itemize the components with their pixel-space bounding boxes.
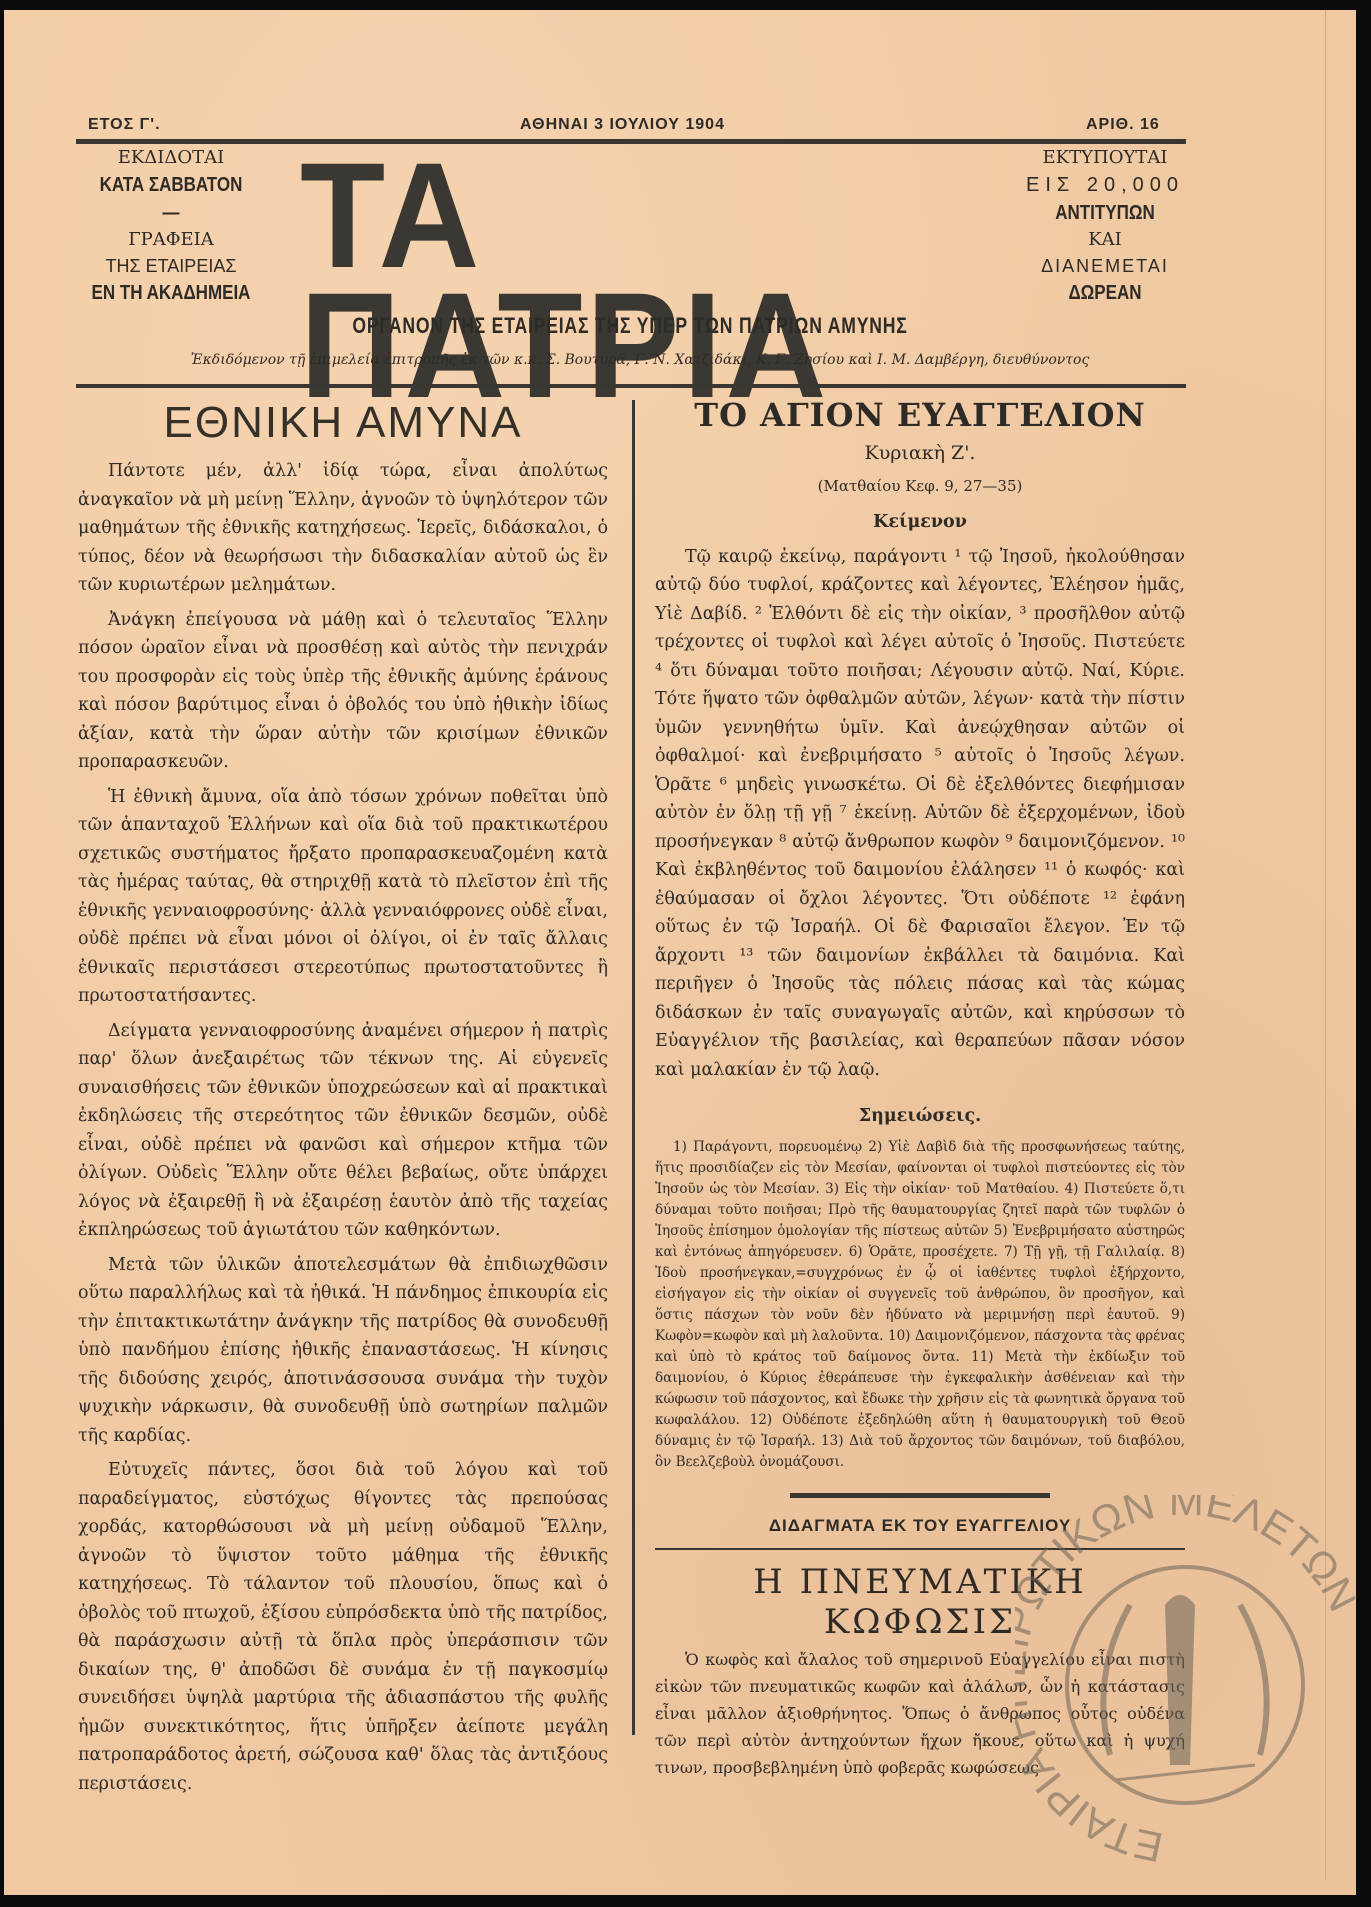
article-paragraph: Ἀνάγκη ἐπείγουσα νὰ μάθῃ καὶ ὁ τελευταῖο… (78, 606, 608, 777)
editors-line: Ἐκδιδόμενον τῇ ἐπιμελείᾳ ἐπιτροπῆς ἐκ τῶ… (110, 352, 1170, 368)
masthead-top-rule (76, 139, 1186, 144)
article-paragraph: Εὐτυχεῖς πάντες, ὅσοι διὰ τοῦ λόγου καὶ … (78, 1456, 608, 1798)
article-national-defense: ΕΘΝΙΚΗ ΑΜΥΝΑ Πάντοτε μέν, ἀλλ' ἰδίᾳ τώρα… (78, 395, 608, 1804)
article-paragraph: Πάντοτε μέν, ἀλλ' ἰδίᾳ τώρα, εἶναι ἀπολύ… (78, 457, 608, 600)
newspaper-title: ΤΑ ΠΑΤΡΙΑ (300, 150, 951, 280)
publication-info-line: — (90, 199, 252, 227)
section-rule (790, 1493, 1050, 1498)
article-paragraph: Ἡ ἐθνικὴ ἄμυνα, οἵα ἀπὸ τόσων χρόνων ποθ… (78, 783, 608, 1011)
circulation-info-line: ΔΩΡΕΑΝ (1024, 279, 1186, 307)
circulation-info-box: ΕΚΤΥΠΟΥΤΑΙ ΕΙΣ 20,000 ΑΝΤΙΤΥΠΩΝ ΚΑΙ ΔΙΑΝ… (1010, 145, 1200, 307)
column-divider (632, 400, 635, 1735)
seal-emblem-icon: ΕΤΑΙΡΙΑ ΗΠΕΙΡΩΤΙΚΩΝ ΜΕΛΕΤΩΝ (1015, 1495, 1355, 1875)
publication-info-line: ΚΑΤΑ ΣΑΒΒΑΤΟΝ (90, 171, 252, 199)
circulation-info-line: ΕΚΤΥΠΟΥΤΑΙ (1010, 145, 1200, 171)
header-bottom-rule (76, 384, 1186, 388)
circulation-info-line: ΕΙΣ 20,000 (1010, 171, 1200, 199)
date-label: ΑΘΗΝΑΙ 3 ΙΟΥΛΙΟΥ 1904 (520, 116, 725, 134)
publication-info-box: ΕΚΔΙΔΟΤΑΙ ΚΑΤΑ ΣΑΒΒΑΤΟΝ — ΓΡΑΦΕΙΑ ΤΗΣ ΕΤ… (76, 145, 266, 307)
society-seal-stamp: ΕΤΑΙΡΙΑ ΗΠΕΙΡΩΤΙΚΩΝ ΜΕΛΕΤΩΝ (1015, 1495, 1355, 1875)
scripture-reference: (Ματθαίου Κεφ. 9, 27—35) (655, 472, 1185, 501)
year-label: ΕΤΟΣ Γ'. (88, 116, 161, 134)
notes-heading: Σημειώσεις. (655, 1102, 1185, 1131)
publication-info-line: ΤΗΣ ΕΤΑΙΡΕΙΑΣ (76, 253, 266, 279)
article-paragraph: Μετὰ τῶν ὑλικῶν ἀποτελεσμάτων θὰ ἐπιδιωχ… (78, 1251, 608, 1451)
publication-info-line: ΕΚΔΙΔΟΤΑΙ (76, 145, 266, 171)
notes-text: 1) Παράγοντι, πορευομένῳ 2) Υἱὲ Δαβὶδ δι… (655, 1137, 1185, 1473)
circulation-info-line: ΑΝΤΙΤΥΠΩΝ (1024, 199, 1186, 227)
notes-block: 1) Παράγοντι, πορευομένῳ 2) Υἱὲ Δαβὶδ δι… (655, 1137, 1185, 1473)
circulation-info-line: ΔΙΑΝΕΜΕΤΑΙ (1010, 253, 1200, 279)
article-subtitle: Κυριακὴ Ζ'. (655, 439, 1185, 468)
gospel-text: Τῷ καιρῷ ἐκείνῳ, παράγοντι ¹ τῷ Ἰησοῦ, ἠ… (655, 543, 1185, 1085)
article-paragraph: Δείγματα γενναιοφροσύνης ἀναμένει σήμερο… (78, 1017, 608, 1245)
circulation-info-line: ΚΑΙ (1010, 227, 1200, 253)
organ-subtitle: ΟΡΓΑΝΟΝ ΤΗΣ ΕΤΑΙΡΕΙΑΣ ΤΗΣ ΥΠΕΡ ΤΩΝ ΠΑΤΡΙ… (342, 313, 918, 339)
text-heading: Κείμενον (655, 508, 1185, 537)
publication-info-line: ΕΝ ΤΗ ΑΚΑΔΗΜΕΙΑ (90, 279, 252, 307)
publication-info-line: ΓΡΑΦΕΙΑ (76, 227, 266, 253)
article-title: ΕΘΝΙΚΗ ΑΜΥΝΑ (78, 395, 608, 451)
article-title: ΤΟ ΑΓΙΟΝ ΕΥΑΓΓΕΛΙΟΝ (655, 395, 1185, 435)
issue-number: ΑΡΙΘ. 16 (1086, 116, 1160, 134)
